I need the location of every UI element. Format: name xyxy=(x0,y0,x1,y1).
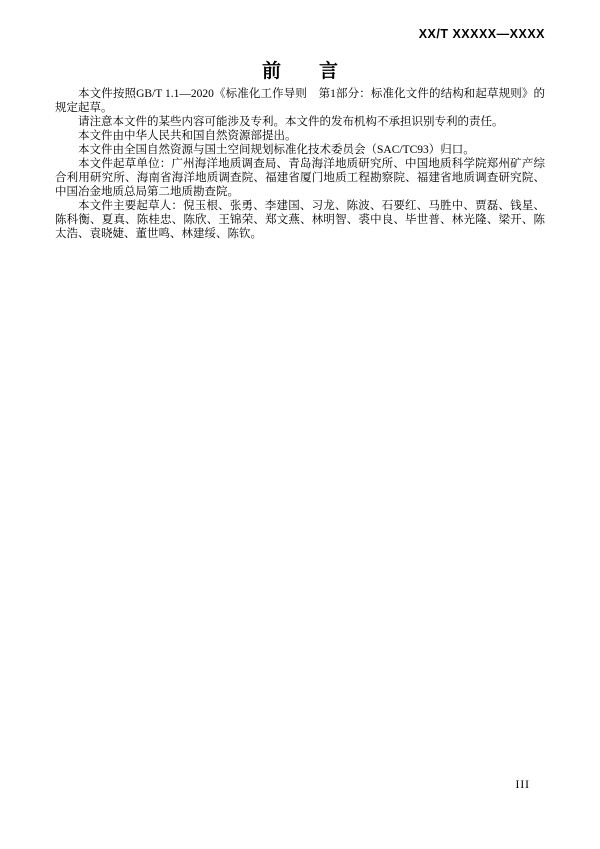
foreword-paragraph: 本文件由中华人民共和国自然资源部提出。 xyxy=(55,129,545,143)
foreword-paragraph: 本文件主要起草人：倪玉根、张勇、李建国、习龙、陈波、石要红、马胜中、贾磊、钱星、… xyxy=(55,199,545,241)
foreword-paragraph: 请注意本文件的某些内容可能涉及专利。本文件的发布机构不承担识别专利的责任。 xyxy=(55,115,545,129)
foreword-paragraph: 本文件由全国自然资源与国土空间规划标准化技术委员会（SAC/TC93）归口。 xyxy=(55,143,545,157)
foreword-paragraph: 本文件按照GB/T 1.1—2020《标准化工作导则 第1部分：标准化文件的结构… xyxy=(55,87,545,115)
page-title: 前 言 xyxy=(0,56,600,83)
foreword-paragraph: 本文件起草单位：广州海洋地质调查局、青岛海洋地质研究所、中国地质科学院郑州矿产综… xyxy=(55,157,545,199)
page-number: III xyxy=(516,779,531,791)
standard-code-header: XX/T XXXXX—XXXX xyxy=(55,27,545,41)
foreword-body: 本文件按照GB/T 1.1—2020《标准化工作导则 第1部分：标准化文件的结构… xyxy=(55,87,545,241)
document-page: XX/T XXXXX—XXXX 前 言 本文件按照GB/T 1.1—2020《标… xyxy=(0,0,600,849)
